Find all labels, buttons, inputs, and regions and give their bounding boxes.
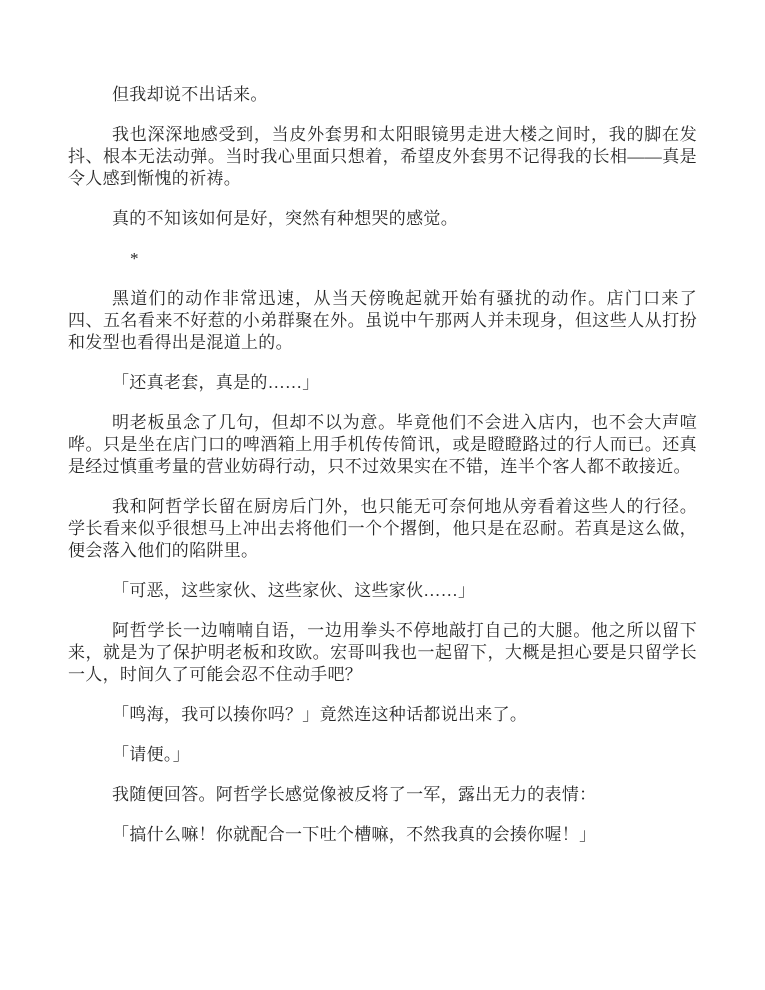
paragraph-narration-7: 阿哲学长一边喃喃自语，一边用拳头不停地敲打自己的大腿。他之所以留下来，就是为了保… (68, 620, 697, 686)
paragraph-narration-5: 明老板虽念了几句，但却不以为意。毕竟他们不会进入店内，也不会大声喧哗。只是坐在店… (68, 412, 697, 478)
paragraph-dialogue-2: 「可恶，这些家伙、这些家伙、这些家伙……」 (68, 580, 697, 602)
scene-break-asterisk: * (68, 248, 697, 270)
paragraph-narration-4: 黑道们的动作非常迅速，从当天傍晚起就开始有骚扰的动作。店门口来了四、五名看来不好… (68, 288, 697, 354)
paragraph-dialogue-3: 「鸣海，我可以揍你吗？」竟然连这种话都说出来了。 (68, 704, 697, 726)
paragraph-dialogue-4: 「请便。」 (68, 744, 697, 766)
paragraph-dialogue-5: 「搞什么嘛！你就配合一下吐个槽嘛，不然我真的会揍你喔！」 (68, 824, 697, 846)
paragraph-narration-6: 我和阿哲学长留在厨房后门外，也只能无可奈何地从旁看着这些人的行径。学长看来似乎很… (68, 496, 697, 562)
paragraph-narration-8: 我随便回答。阿哲学长感觉像被反将了一军，露出无力的表情： (68, 784, 697, 806)
paragraph-dialogue-1: 「还真老套，真是的……」 (68, 372, 697, 394)
novel-page: 但我却说不出话来。 我也深深地感受到，当皮外套男和太阳眼镜男走进大楼之间时，我的… (0, 0, 765, 990)
paragraph-narration-2: 我也深深地感受到，当皮外套男和太阳眼镜男走进大楼之间时，我的脚在发抖、根本无法动… (68, 124, 697, 190)
paragraph-narration-3: 真的不知该如何是好，突然有种想哭的感觉。 (68, 208, 697, 230)
paragraph-narration-1: 但我却说不出话来。 (68, 84, 697, 106)
